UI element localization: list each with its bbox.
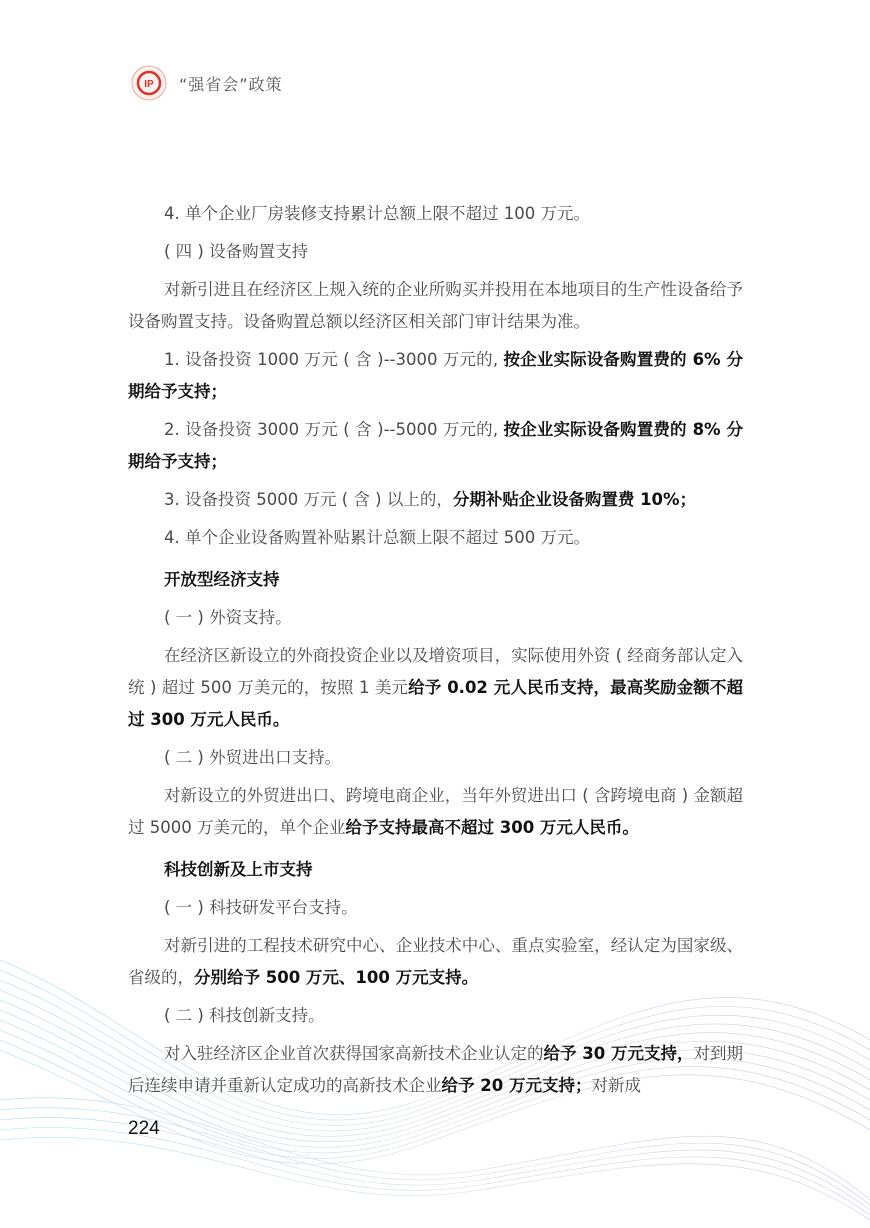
text-emphasis: 给予 20 万元支持； bbox=[442, 1076, 592, 1095]
text-normal: 1. 设备投资 1000 万元 ( 含 )--3000 万元的, bbox=[164, 350, 503, 369]
list-item: 2. 设备投资 3000 万元 ( 含 )--5000 万元的, 按企业实际设备… bbox=[128, 414, 743, 478]
text-emphasis: 给予支持最高不超过 300 万元人民币。 bbox=[345, 818, 638, 837]
list-item: 3. 设备投资 5000 万元 ( 含 ) 以上的，分期补贴企业设备购置费 10… bbox=[128, 484, 743, 516]
subsection-heading: ( 一 ) 外资支持。 bbox=[128, 602, 743, 634]
paragraph: 4. 单个企业厂房装修支持累计总额上限不超过 100 万元。 bbox=[128, 198, 743, 230]
subsection-heading: ( 二 ) 科技创新支持。 bbox=[128, 1000, 743, 1032]
document-body: 4. 单个企业厂房装修支持累计总额上限不超过 100 万元。 ( 四 ) 设备购… bbox=[128, 198, 743, 1108]
paragraph: 对入驻经济区企业首次获得国家高新技术企业认定的给予 30 万元支持，对到期后连续… bbox=[128, 1038, 743, 1102]
page-header: IP “强省会”政策 bbox=[131, 64, 283, 102]
text-emphasis: 分期补贴企业设备购置费 10%； bbox=[453, 490, 696, 509]
page-number: 224 bbox=[128, 1118, 160, 1140]
list-item: 1. 设备投资 1000 万元 ( 含 )--3000 万元的, 按企业实际设备… bbox=[128, 344, 743, 408]
subsection-heading: ( 四 ) 设备购置支持 bbox=[128, 236, 743, 268]
text-emphasis: 给予 30 万元支持， bbox=[544, 1044, 694, 1063]
subsection-heading: ( 二 ) 外贸进出口支持。 bbox=[128, 742, 743, 774]
text-normal: 3. 设备投资 5000 万元 ( 含 ) 以上的， bbox=[164, 490, 453, 509]
section-heading: 开放型经济支持 bbox=[128, 564, 743, 596]
party-emblem-icon: IP bbox=[131, 65, 167, 101]
paragraph: 对新引进且在经济区上规入统的企业所购买并投用在本地项目的生产性设备给予设备购置支… bbox=[128, 274, 743, 338]
paragraph: 在经济区新设立的外商投资企业以及增资项目，实际使用外资 ( 经商务部认定入统 )… bbox=[128, 640, 743, 736]
text-normal: 对入驻经济区企业首次获得国家高新技术企业认定的 bbox=[164, 1044, 544, 1063]
header-title: “强省会”政策 bbox=[179, 72, 283, 95]
paragraph: 对新引进的工程技术研究中心、企业技术中心、重点实验室，经认定为国家级、省级的，分… bbox=[128, 930, 743, 994]
paragraph: 对新设立的外贸进出口、跨境电商企业，当年外贸进出口 ( 含跨境电商 ) 金额超过… bbox=[128, 780, 743, 844]
section-heading: 科技创新及上市支持 bbox=[128, 854, 743, 886]
subsection-heading: ( 一 ) 科技研发平台支持。 bbox=[128, 892, 743, 924]
text-normal: 对新成 bbox=[591, 1076, 641, 1095]
svg-text:IP: IP bbox=[144, 79, 154, 90]
list-item: 4. 单个企业设备购置补贴累计总额上限不超过 500 万元。 bbox=[128, 522, 743, 554]
text-normal: 2. 设备投资 3000 万元 ( 含 )--5000 万元的, bbox=[164, 420, 503, 439]
text-emphasis: 分别给予 500 万元、100 万元支持。 bbox=[194, 968, 478, 987]
